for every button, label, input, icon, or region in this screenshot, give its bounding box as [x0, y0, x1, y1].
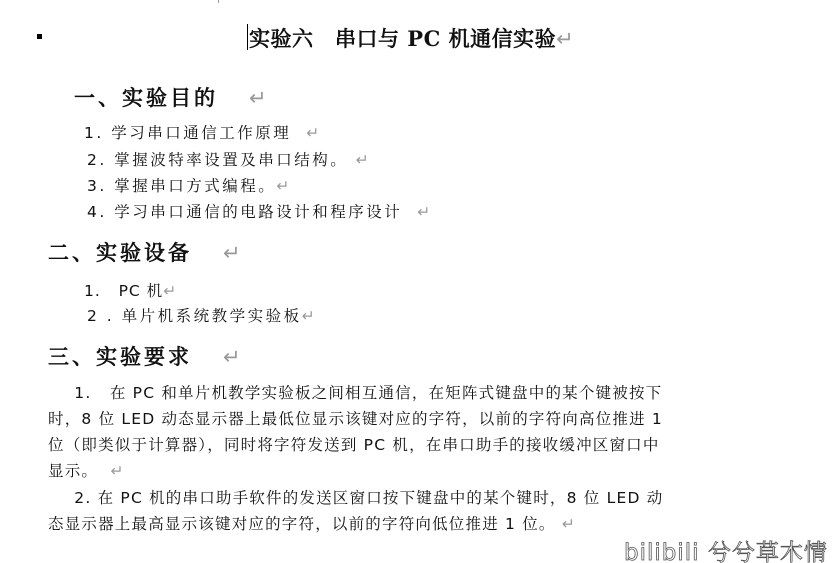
heading-text: 一、实验目的	[74, 85, 218, 110]
item-text: 2 . 单片机系统教学实验板	[87, 307, 302, 325]
item-text: 1. PC 机	[84, 282, 163, 300]
bilibili-logo-icon: bilibili	[624, 540, 700, 563]
paragraph-mark-icon: ↵	[562, 515, 576, 533]
list-item[interactable]: 2. 掌握波特率设置及串口结构。 ↵	[87, 148, 371, 170]
item-text: 3. 掌握串口方式编程。	[87, 177, 276, 195]
paragraph-mark-icon: ↵	[356, 151, 372, 169]
paragraph-line: 显示。 ↵	[48, 459, 125, 481]
item-text: 2. 掌握波特率设置及串口结构。	[87, 151, 348, 169]
line-text: 态显示器上最高显示该键对应的字符，以前的字符向低位推进 1 位。	[48, 515, 556, 533]
item-text: 4. 学习串口通信的电路设计和程序设计	[87, 203, 402, 221]
list-item[interactable]: 1. PC 机↵	[84, 279, 177, 301]
section-heading-equipment[interactable]: 二、实验设备 ↵	[48, 237, 244, 267]
list-item[interactable]: 2 . 单片机系统教学实验板↵	[87, 304, 317, 326]
document-title[interactable]: 实验六 串口与 PC 机通信实验↵	[249, 23, 574, 53]
paragraph-mark-icon: ↵	[249, 86, 270, 110]
item-text: 1. 学习串口通信工作原理	[84, 124, 291, 142]
paragraph-mark-icon: ↵	[223, 345, 244, 369]
section-heading-purpose[interactable]: 一、实验目的 ↵	[74, 82, 270, 112]
heading-text: 二、实验设备	[48, 240, 192, 265]
title-text: 实验六 串口与 PC 机通信实验	[249, 26, 556, 51]
paragraph-line: 位（即类似于计算器），同时将字符发送到 PC 机，在串口助手的接收缓冲区窗口中	[48, 433, 660, 455]
text-cursor	[247, 24, 248, 50]
heading-text: 三、实验要求	[48, 344, 192, 369]
paragraph-mark-icon: ↵	[110, 462, 124, 480]
paragraph-mark-icon: ↵	[302, 307, 318, 325]
watermark-text: 兮兮草木情	[708, 540, 828, 563]
paragraph-mark-icon: ↵	[306, 124, 322, 142]
paragraph-mark-icon: ↵	[556, 27, 574, 51]
bilibili-watermark: bilibili 兮兮草木情	[624, 534, 828, 563]
paragraph-line: 时，8 位 LED 动态显示器上最低位显示该键对应的字符，以前的字符向高位推进 …	[48, 407, 663, 429]
ruler-tick	[218, 0, 219, 3]
section-heading-requirements[interactable]: 三、实验要求 ↵	[48, 341, 244, 371]
paragraph-line: 态显示器上最高显示该键对应的字符，以前的字符向低位推进 1 位。 ↵	[48, 512, 576, 534]
paragraph-line: 1. 在 PC 和单片机教学实验板之间相互通信，在矩阵式键盘中的某个键被按下	[62, 381, 662, 403]
list-item[interactable]: 4. 学习串口通信的电路设计和程序设计 ↵	[87, 200, 433, 222]
line-text: 显示。	[48, 462, 98, 480]
paragraph-mark-icon: ↵	[163, 282, 177, 300]
paragraph-mark-icon: ↵	[276, 177, 292, 195]
list-item[interactable]: 1. 学习串口通信工作原理 ↵	[84, 121, 322, 143]
list-bullet-marker	[37, 34, 42, 39]
list-item[interactable]: 3. 掌握串口方式编程。↵	[87, 174, 292, 196]
paragraph-line: 2. 在 PC 机的串口助手软件的发送区窗口按下键盘中的某个键时，8 位 LED…	[62, 486, 663, 508]
paragraph-mark-icon: ↵	[417, 203, 433, 221]
paragraph-mark-icon: ↵	[223, 241, 244, 265]
